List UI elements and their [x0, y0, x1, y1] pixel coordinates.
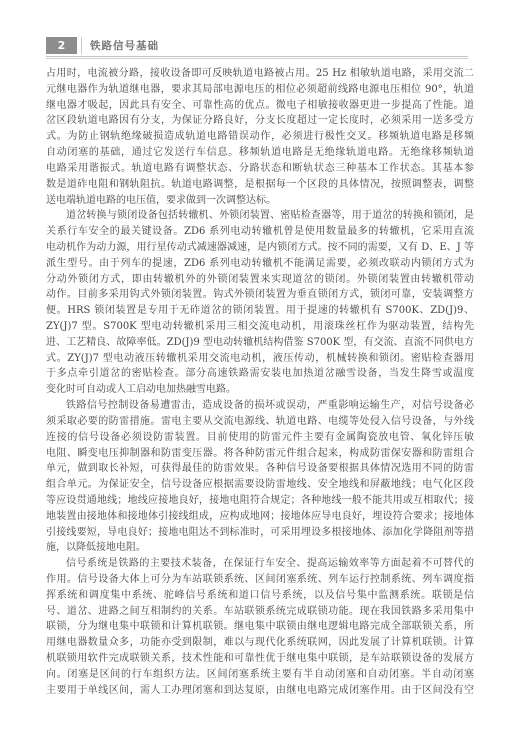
book-page: 2 铁路信号基础 占用时，电流被分路，接收设备即可反映轨道电路被占用。25 Hz…	[0, 0, 520, 735]
text-line: 电阻、瞬变电压抑制器和防雷变压器。将各种防雷元件组合起来，构成防雷保安器和防雷组…	[46, 446, 474, 462]
text-line: ZY(J)7 型。S700K 型电动转辙机采用三相交流电动机，用滚珠丝杠作为驱动…	[46, 319, 474, 335]
text-line: 电动机作为动力源，用行星传动式减速器减速，是内锁闭方式。按不同的需要，又有 D、…	[46, 240, 474, 256]
text-line: 式。为防止钢轨绝缘破损造成轨道电路错误动作，必须进行极性交叉。移频轨道电路是移频	[46, 129, 474, 145]
text-line: 式。ZY(J)7 型电动液压转辙机采用交流电动机，液压传动，机械转换和锁闭。密贴…	[46, 351, 474, 367]
text-line: 向。闭塞是区间的行车组织方法。区间闭塞系统主要有半自动闭塞和自动闭塞。半自动闭塞	[46, 667, 474, 683]
text-line: 主要用于单线区间，需人工办理闭塞和到达复原，由继电电路完成闭塞作用。由于区间没有…	[46, 683, 474, 699]
text-line: 占用时，电流被分路，接收设备即可反映轨道电路被占用。25 Hz 相敏轨道电路，采…	[46, 66, 474, 82]
text-line: 自动闭塞的基础，通过它发送行车信息。移频轨道电路是无绝缘轨道电路。无绝缘移频轨道	[46, 145, 474, 161]
text-line: 派生型号。由于列车的提速，ZD6 系列电动转辙机不能满足需要，必须改联动内锁闭方…	[46, 256, 474, 272]
text-line: 作用。信号设备大体上可分为车站联锁系统、区间闭塞系统、列车运行控制系统、列车调度…	[46, 572, 474, 588]
text-line: 信号系统是铁路的主要技术装备，在保证行车安全、提高运输效率等方面起着不可替代的	[46, 556, 474, 572]
text-line: 号、道岔、进路之间互相制约的关系。车站联锁系统完成联锁功能。现在我国铁路多采用集…	[46, 604, 474, 620]
text-line: 单元，做到取长补短，可获得最佳的防雷效果。各种信号设备要根据具体情况选用不同的防…	[46, 461, 474, 477]
text-line: 等应设贯通地线；地线应接地良好，接地电阻符合规定；各种地线一般不能共用或互相取代…	[46, 493, 474, 509]
header-divider	[81, 37, 82, 54]
text-line: 进、工艺精良、故障率低。ZD(J)9 型电动转辙机结构借鉴 S700K 型，有交…	[46, 335, 474, 351]
paragraph: 道岔转换与锁闭设备包括转辙机、外锁闭装置、密贴检查器等，用于道岔的转换和锁闭，是…	[46, 208, 474, 398]
text-line: 道岔转换与锁闭设备包括转辙机、外锁闭装置、密贴检查器等，用于道岔的转换和锁闭，是	[46, 208, 474, 224]
text-line: 铁路信号控制设备易遭雷击，造成设备的损坏或误动，严重影响运输生产，对信号设备必	[46, 398, 474, 414]
text-line: 岔区段轨道电路因有分支，为保证分路良好，分支长度超过一定长度时，必须采用一送多受…	[46, 113, 474, 129]
paragraph: 信号系统是铁路的主要技术装备，在保证行车安全、提高运输效率等方面起着不可替代的作…	[46, 556, 474, 698]
text-line: 继电器才吸起，因此具有安全、可靠性高的优点。微电子相敏接收器更进一步提高了性能。…	[46, 98, 474, 114]
text-line: 机联锁用软件完成联锁关系，技术性能和可靠性优于继电集中联锁，是车站联锁设备的发展…	[46, 651, 474, 667]
page-body: 占用时，电流被分路，接收设备即可反映轨道电路被占用。25 Hz 相敏轨道电路，采…	[46, 66, 474, 699]
text-line: 便。HRS 锁闭装置是专用于无砟道岔的锁闭装置。用于提速的转辙机有 S700K、…	[46, 303, 474, 319]
text-line: 关系行车安全的最关键设备。ZD6 系列电动转辙机曾是使用数量最多的转辙机，它采用…	[46, 224, 474, 240]
text-line: 连接的信号设备必须设防雷装置。目前使用的防雷元件主要有金属陶瓷放电管、氧化锌压敏	[46, 430, 474, 446]
text-line: 挥系统和调度集中系统、驼峰信号系统和道口信号系统，以及信号集中监测系统。联锁是信	[46, 588, 474, 604]
text-line: 于多点牵引道岔的密贴检查。部分高速铁路需安装电加热道岔融雪设备，当发生降雪或温度	[46, 366, 474, 382]
text-line: 电路采用谐振式。轨道电路有调整状态、分路状态和断轨状态三种基本工作状态。其基本参	[46, 161, 474, 177]
text-line: 元继电器作为轨道继电器，要求其局部电源电压的相位必须超前线路电源电压相位 90°…	[46, 82, 474, 98]
text-line: 变化时可自动或人工启动电加热融雪电路。	[46, 382, 474, 398]
text-line: 须采取必要的防雷措施。雷电主要从交流电源线、轨道电路、电缆等处侵入信号设备，与外…	[46, 414, 474, 430]
text-line: 送电端轨道电路的电压值，要求做到一次调整达标。	[46, 193, 474, 209]
text-line: 施，以降低接地电阻。	[46, 540, 474, 556]
text-line: 数是道砟电阻和钢轨阻抗。轨道电路调整，是根据每一个区段的具体情况，按照调整表，调…	[46, 177, 474, 193]
header-rule	[46, 56, 468, 59]
text-line: 分动外锁闭方式，即由转辙机外的外锁闭装置来实现道岔的锁闭。外锁闭装置由转辙机带动	[46, 272, 474, 288]
text-line: 引接线要短，导电良好；接地电阻达不到标准时，可采用埋设多根接地体、添加化学降阻剂…	[46, 525, 474, 541]
text-line: 组合单元。为保证安全，信号设备应根据需要设防雷地线、安全地线和屏蔽地线；电气化区…	[46, 477, 474, 493]
chapter-title: 铁路信号基础	[90, 38, 159, 53]
text-line: 地装置由接地体和接地体引接线组成，应构成地网；接地体应导电良好，埋设符合要求；接…	[46, 509, 474, 525]
text-line: 联锁，分为继电集中联锁和计算机联锁。继电集中联锁由继电逻辑电路完成全部联锁关系，…	[46, 619, 474, 635]
paragraph: 铁路信号控制设备易遭雷击，造成设备的损坏或误动，严重影响运输生产，对信号设备必须…	[46, 398, 474, 556]
chapter-number: 2	[58, 39, 66, 52]
text-line: 动作。目前多采用钩式外锁闭装置。钩式外锁闭装置为垂直锁闭方式，锁闭可靠，安装调整…	[46, 287, 474, 303]
chapter-number-badge: 2	[46, 37, 77, 54]
page-header: 2 铁路信号基础	[46, 37, 474, 54]
text-line: 用继电器数量众多，功能亦受到限制，难以与现代化系统联网，因此发展了计算机联锁。计…	[46, 635, 474, 651]
paragraph: 占用时，电流被分路，接收设备即可反映轨道电路被占用。25 Hz 相敏轨道电路，采…	[46, 66, 474, 208]
